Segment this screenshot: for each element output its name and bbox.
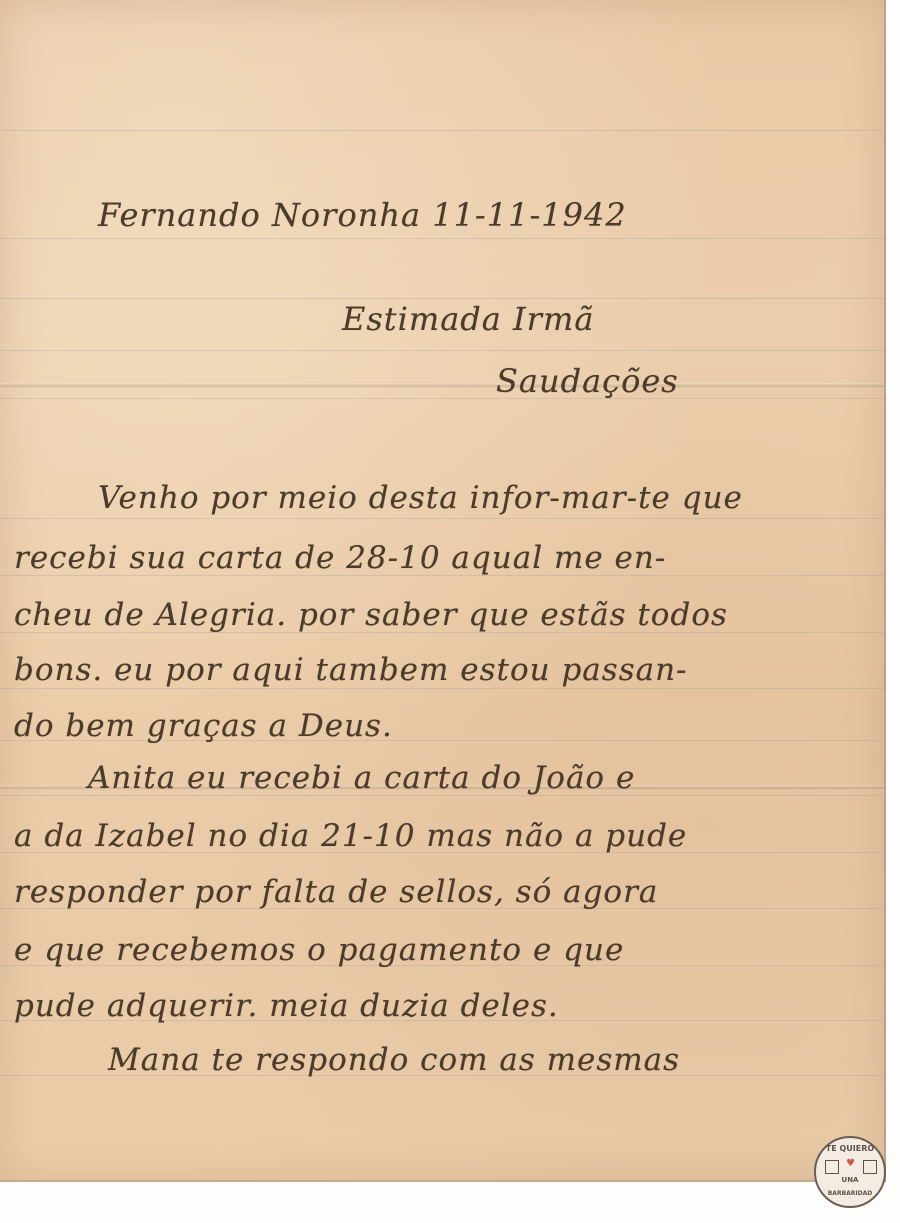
heart-flower-icon: ♥ [846, 1158, 855, 1169]
letter-line: cheu de Alegria. por saber que estãs tod… [14, 597, 728, 633]
logo-bottom-text: BARBARIDAD [816, 1190, 884, 1197]
place-date: Fernando Noronha 11-11-1942 [98, 196, 627, 234]
letter-line: do bem graças a Deus. [14, 708, 393, 744]
letter-line: Mana te respondo com as mesmas [108, 1042, 680, 1078]
letter-line: responder por falta de sellos, só agora [14, 874, 658, 910]
ruled-line [0, 238, 884, 239]
logo-top-text: TE QUIERO [816, 1144, 884, 1153]
ruled-line [0, 298, 884, 299]
ruled-line [0, 398, 884, 399]
chair-icon [863, 1160, 877, 1174]
letter-line: Venho por meio desta infor-mar-te que [98, 480, 743, 516]
ruled-line [0, 350, 884, 351]
letter-line: e que recebemos o pagamento e que [14, 932, 624, 968]
chair-icon [825, 1160, 839, 1174]
letter-line: pude adquerir. meia duzia deles. [14, 988, 559, 1024]
letter-line: a da Izabel no dia 21-10 mas não a pude [14, 818, 687, 854]
letter-line: recebi sua carta de 28-10 aqual me en- [14, 540, 666, 576]
document-page: Fernando Noronha 11-11-1942 Estimada Irm… [0, 0, 900, 1223]
ruled-line [0, 130, 884, 131]
ruled-line [0, 518, 884, 519]
letter-line: bons. eu por aqui tambem estou passan- [14, 652, 688, 688]
letter-paper: Fernando Noronha 11-11-1942 Estimada Irm… [0, 0, 886, 1182]
greeting: Saudações [496, 362, 679, 400]
salutation: Estimada Irmã [342, 300, 594, 338]
ruled-line [0, 688, 884, 689]
logo-middle-text: UNA [816, 1176, 884, 1184]
watermark-logo: TE QUIERO ♥ UNA BARBARIDAD [814, 1136, 886, 1208]
fold-crease [0, 383, 884, 389]
letter-line: Anita eu recebi a carta do João e [88, 760, 635, 796]
